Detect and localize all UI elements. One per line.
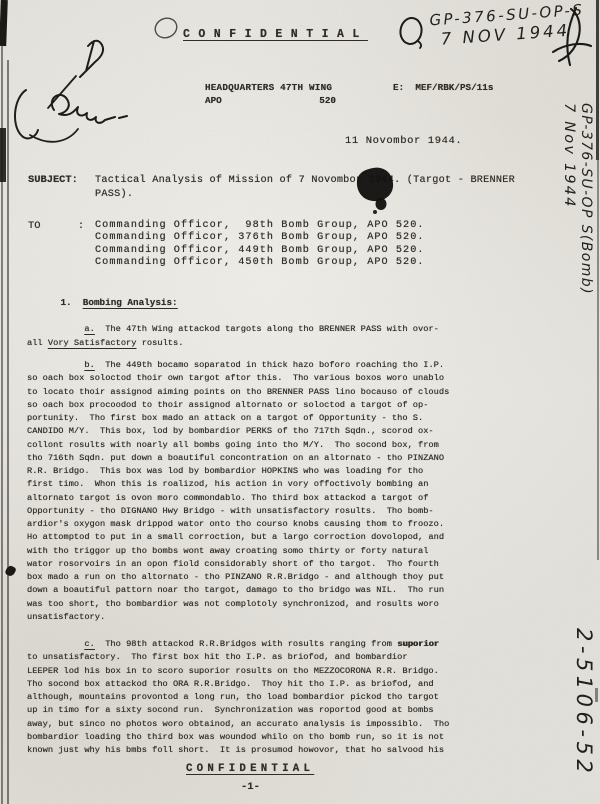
text-line: although, mountains provontod a long run…	[27, 691, 449, 704]
text-line: altornato targot is ovon moro commondabl…	[27, 492, 449, 505]
paragraph-a: a. The 47th Wing attackod targots along …	[27, 322, 439, 350]
office-symbol: E: MEF/RBK/PS/11s	[393, 82, 493, 93]
scan-edge-left	[1, 0, 3, 804]
paragraph-b: b. The 449th bocamo soparatod in thick h…	[27, 359, 449, 624]
scanned-memo-page: CONFIDENTIAL GP-376-SU-OP-S 7 NOV 1944 H…	[0, 0, 600, 804]
to-label: TO :	[28, 220, 84, 232]
text-line: up in timo for a sixty socond run. Synch…	[27, 704, 449, 717]
circled-check-mark	[394, 12, 434, 56]
text-line: box mado a run on tho altornato - tho PI…	[27, 571, 449, 584]
text-line: unsatisfactory.	[27, 611, 449, 624]
classification-banner-bottom: CONFIDENTIAL	[186, 763, 314, 775]
subject-line-2: PASS).	[95, 188, 515, 202]
text-line: first timo. Whon this is roalizod, his a…	[27, 478, 449, 491]
margin-date: 7 Nov 1944	[561, 103, 577, 295]
text-line: ardior's oxygon mask drippod wator onto …	[27, 518, 449, 531]
text-line: c. Tho 98th attackod R.R.Bridgos with ro…	[27, 638, 449, 651]
margin-file-number: GP-376-SU-OP S(Bomb)	[578, 103, 594, 295]
text-line: tho 716th Sqdn. put down a boautiful con…	[27, 452, 449, 465]
subject-label: SUBJECT:	[28, 174, 78, 186]
handwritten-margin-right: GP-376-SU-OP S(Bomb) 7 Nov 1944	[561, 103, 594, 295]
text-line: collont rosults with noarly all bombs go…	[27, 439, 449, 452]
text-line: Commanding Officor, 450th Bomb Group, AP…	[95, 257, 425, 269]
handwritten-scribble	[10, 34, 140, 144]
to-recipient-list: Commanding Officor, 98th Bomb Group, APO…	[95, 220, 425, 270]
text-line: Tho socond box attackod tho ORA R.R.Brid…	[27, 678, 449, 691]
apo-label: APO	[205, 95, 222, 106]
text-line: 1. Bombing Analysis:	[27, 296, 178, 309]
text-line: Commanding Officor, 98th Bomb Group, APO…	[95, 220, 425, 232]
handwritten-margin-bottom-right: 2-5106-52	[572, 628, 596, 777]
text-line: so oach box soloctod thoir own targot af…	[27, 372, 449, 385]
text-line: was too short, tho bombardior was not co…	[27, 598, 449, 611]
text-line: wator rosorvoirs in an opon fiold consid…	[27, 558, 449, 571]
text-line: with tho triggor up tho bombs wont away …	[27, 545, 449, 558]
paragraph-c: c. Tho 98th attackod R.R.Bridgos with ro…	[27, 638, 449, 758]
text-line: Commanding Officor, 376th Bomb Group, AP…	[95, 232, 425, 244]
pencil-oval-mark	[148, 12, 184, 44]
date-line: 11 Novombor 1944.	[345, 135, 462, 147]
ink-blot	[350, 165, 400, 215]
text-line: all Vory Satisfactory rosults.	[27, 336, 439, 350]
text-line: R.R. Bridgo. This box was lod by bombard…	[27, 465, 449, 478]
scan-line-left	[7, 60, 9, 804]
scan-edge-right	[597, 160, 599, 560]
headquarters-line: HEADQUARTERS 47TH WING	[205, 82, 332, 93]
subject-text: Tactical Analysis of Mission of 7 Novomb…	[95, 174, 515, 203]
text-line: b. The 449th bocamo soparatod in thick h…	[27, 359, 449, 372]
pen-flourish	[543, 6, 595, 68]
text-line: Ho attomptod to put in a small corroctio…	[27, 531, 449, 544]
apo-line: APO 520	[205, 95, 336, 106]
subject-line-1: Tactical Analysis of Mission of 7 Novomb…	[95, 174, 515, 188]
classification-banner-top: CONFIDENTIAL	[183, 28, 368, 41]
text-line: CANDIDO M/Y. This box, lod by bombardior…	[27, 425, 449, 438]
text-line: LEEPER lod his box in to scoro suporior …	[27, 665, 449, 678]
text-line: a. The 47th Wing attackod targots along …	[27, 322, 439, 336]
text-line: to locato thoir assignod aiming points o…	[27, 386, 449, 399]
text-line: down a boautiful pattorn noar tho targot…	[27, 584, 449, 597]
text-line: so oach box procoodod to thoir assignod …	[27, 399, 449, 412]
page-number: -1-	[241, 781, 260, 793]
text-line: Commanding Officor, 449th Bomb Group, AP…	[95, 245, 425, 257]
text-line: bombardior loading tho third box was wou…	[27, 731, 449, 744]
text-line: known just why his bmbs foll short. It i…	[27, 744, 449, 757]
section-heading-bombing-analysis: 1. Bombing Analysis:	[27, 296, 178, 309]
text-line: portunity. Tho first box mado an attack …	[27, 412, 449, 425]
text-line: Opportunity - tho DIGNANO Hwy Bridgo - w…	[27, 505, 449, 518]
scan-edge-right-top	[596, 0, 599, 160]
text-line: to unsatisfactory. Tho first box hit tho…	[27, 651, 449, 664]
apo-number: 520	[319, 95, 336, 106]
text-line: away, but sinco no photos woro obtainod,…	[27, 718, 449, 731]
